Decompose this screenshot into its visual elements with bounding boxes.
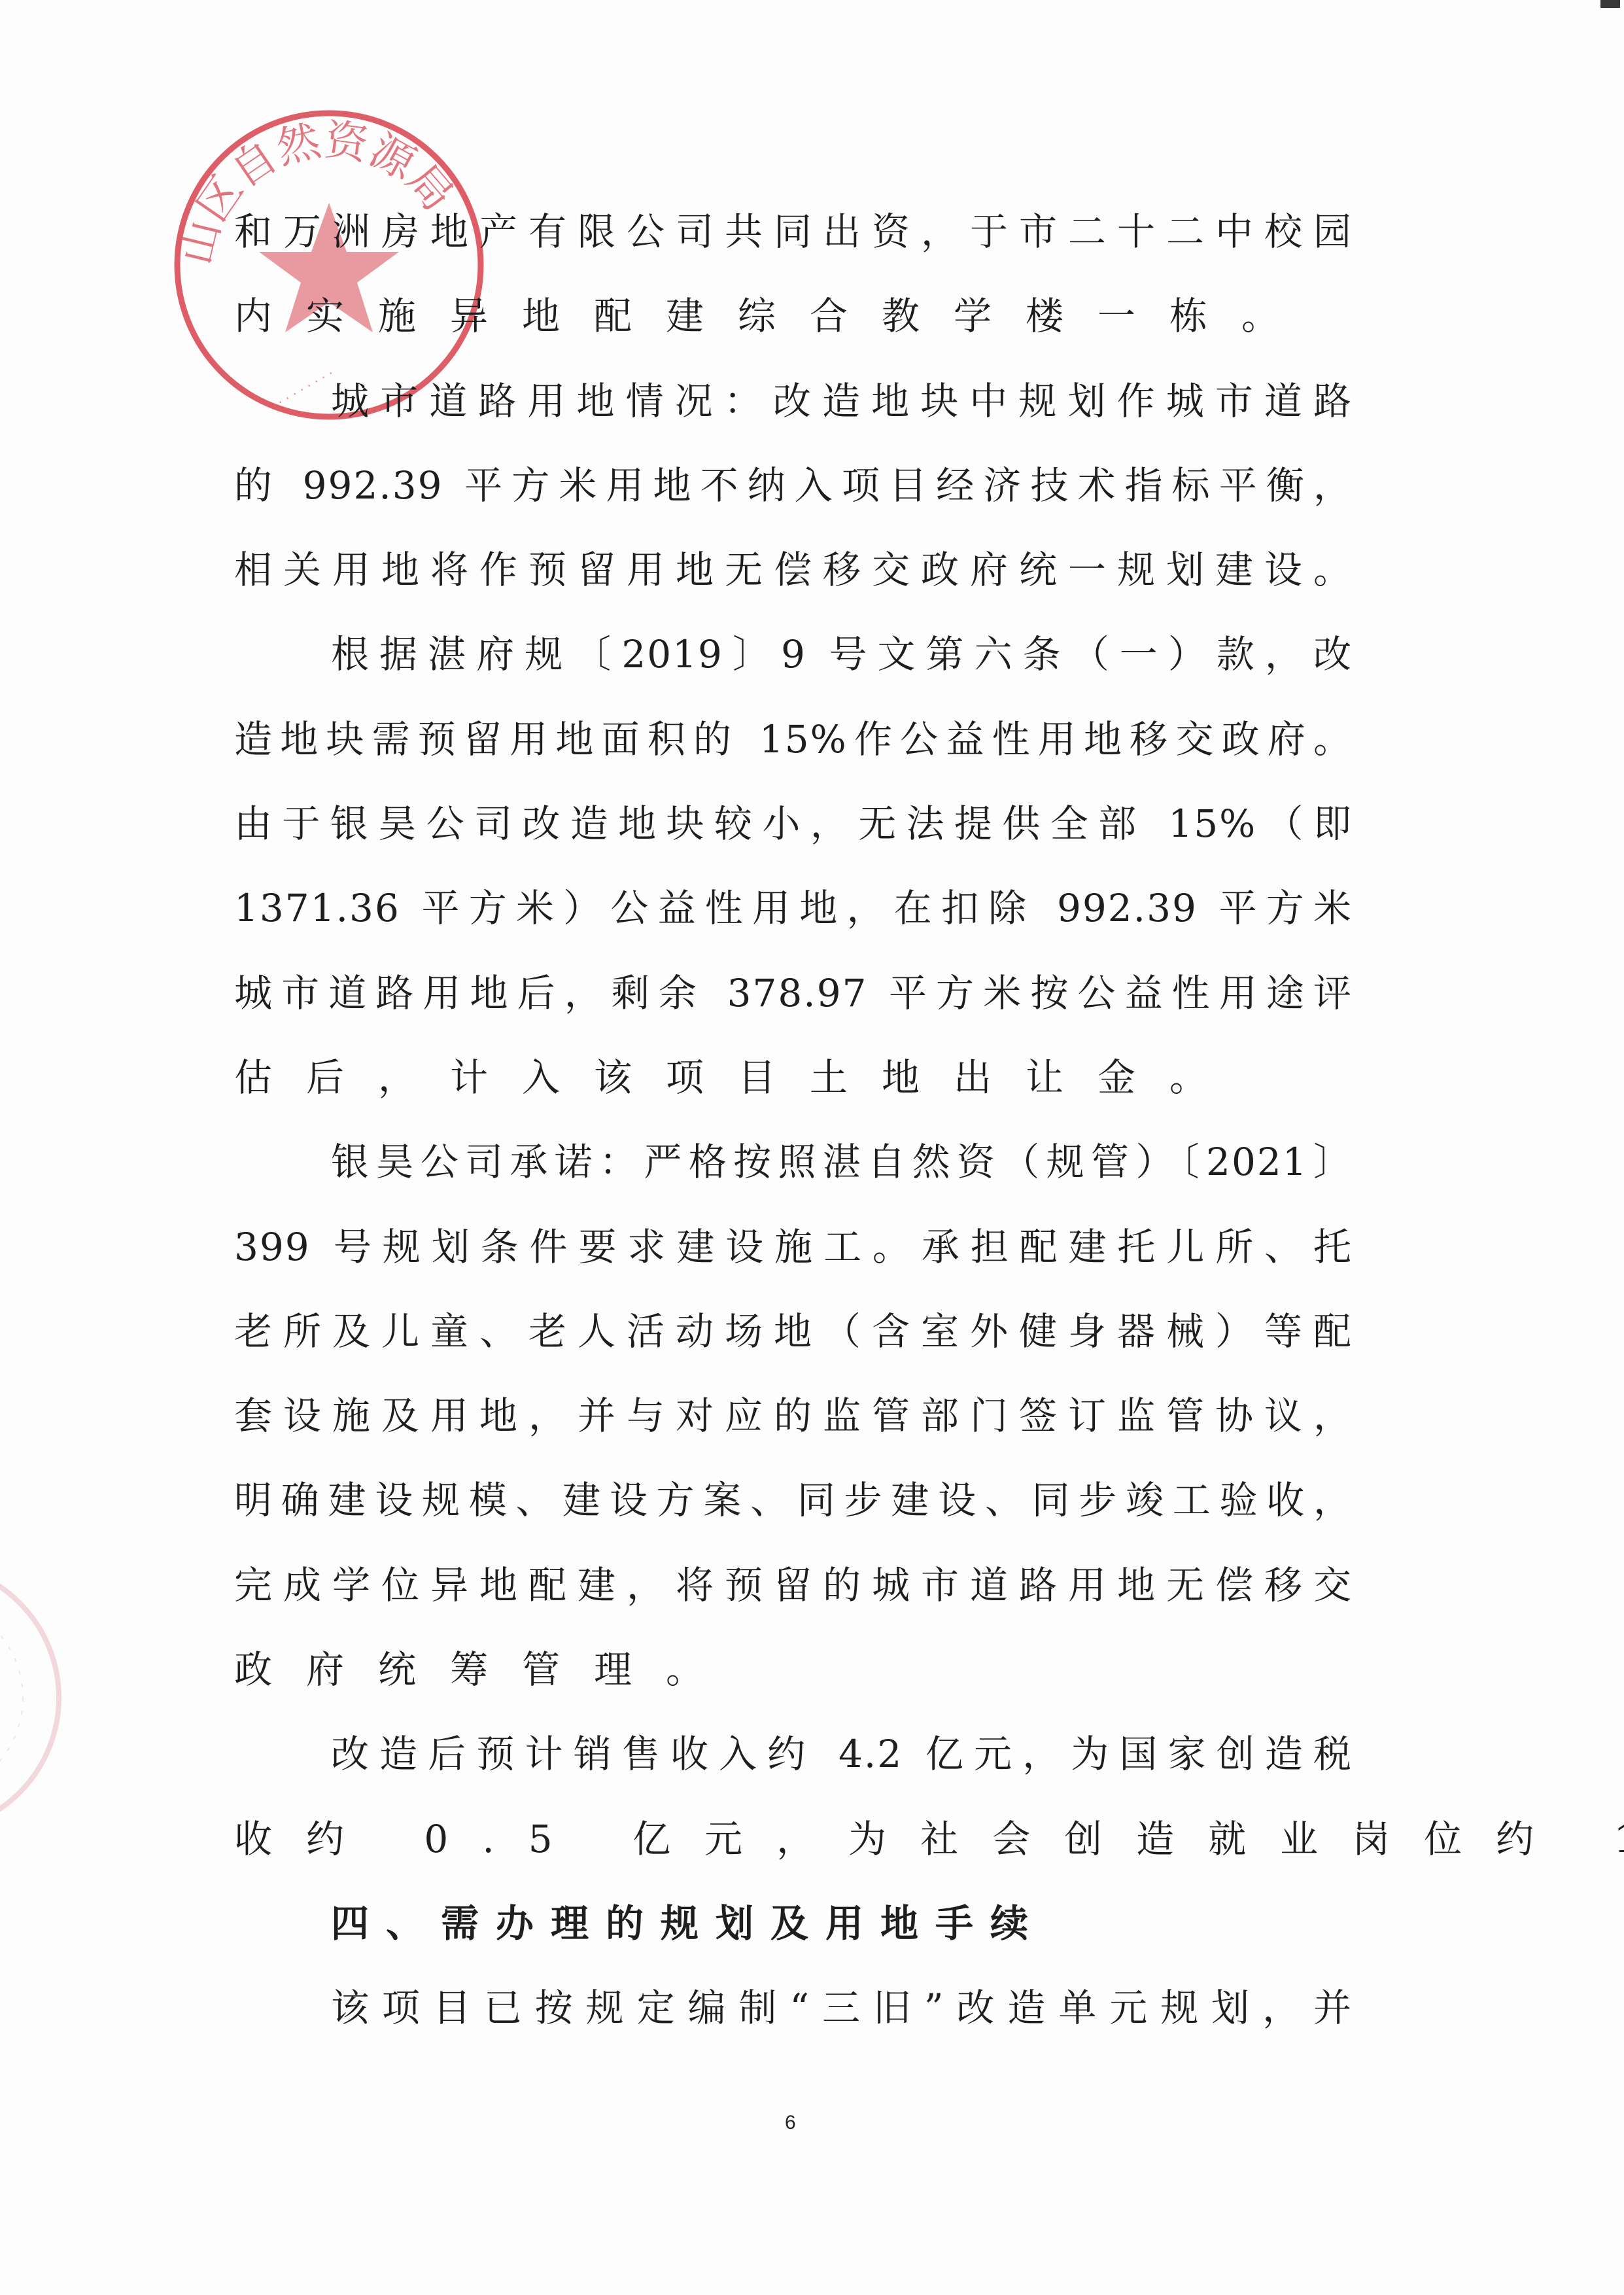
section-heading: 四、需办理的规划及用地手续	[234, 1882, 1353, 1966]
document-page: 山区自然资源局 · · · · · · · · 和万洲房地产有限公司共同出资，于…	[0, 0, 1624, 2295]
text-line: 估后，计入该项目土地出让金。	[234, 1036, 1353, 1120]
text-line: 老所及儿童、老人活动场地（含室外健身器械）等配	[234, 1289, 1353, 1374]
text-line: 城市道路用地后，剩余 378.97 平方米按公益性用途评	[234, 951, 1353, 1036]
text-line: 造地块需预留用地面积的 15%作公益性用地移交政府。	[234, 697, 1353, 782]
body-text: 和万洲房地产有限公司共同出资，于市二十二中校园 内实施异地配建综合教学楼一栋。 …	[234, 190, 1353, 2051]
text-line: 城市道路用地情况：改造地块中规划作城市道路	[234, 359, 1353, 444]
text-line: 收约 0.5 亿元，为社会创造就业岗位约 150 个。	[234, 1797, 1353, 1882]
text-line: 改造后预计销售收入约 4.2 亿元，为国家创造税	[234, 1712, 1353, 1796]
page-number: 6	[785, 2112, 796, 2134]
text-line: 套设施及用地，并与对应的监管部门签订监管协议，	[234, 1374, 1353, 1458]
text-line: 和万洲房地产有限公司共同出资，于市二十二中校园	[234, 190, 1353, 274]
faint-seal-icon	[0, 1557, 65, 1838]
text-line: 完成学位异地配建，将预留的城市道路用地无偿移交	[234, 1543, 1353, 1628]
text-line: 根据湛府规〔2019〕9 号文第六条（一）款，改	[234, 612, 1353, 697]
scan-corner-mark	[1600, 0, 1620, 8]
text-line: 的 992.39 平方米用地不纳入项目经济技术指标平衡，	[234, 444, 1353, 528]
text-line: 该项目已按规定编制“三旧”改造单元规划，并	[234, 1966, 1353, 2050]
text-line: 明确建设规模、建设方案、同步建设、同步竣工验收，	[234, 1458, 1353, 1543]
text-line: 相关用地将作预留用地无偿移交政府统一规划建设。	[234, 528, 1353, 612]
text-line: 1371.36 平方米）公益性用地，在扣除 992.39 平方米	[234, 866, 1353, 951]
text-line: 银昊公司承诺：严格按照湛自然资（规管）〔2021〕	[234, 1120, 1353, 1204]
text-line: 政府统筹管理。	[234, 1628, 1353, 1712]
text-line: 内实施异地配建综合教学楼一栋。	[234, 274, 1353, 359]
text-line: 由于银昊公司改造地块较小，无法提供全部 15%（即	[234, 782, 1353, 866]
text-line: 399 号规划条件要求建设施工。承担配建托儿所、托	[234, 1205, 1353, 1289]
